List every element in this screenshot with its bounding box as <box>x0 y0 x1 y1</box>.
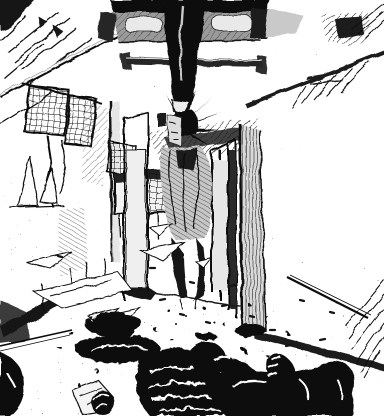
manga-panel <box>0 0 384 416</box>
manga-panel-art <box>0 0 384 416</box>
hanging-figure-face <box>168 116 182 146</box>
